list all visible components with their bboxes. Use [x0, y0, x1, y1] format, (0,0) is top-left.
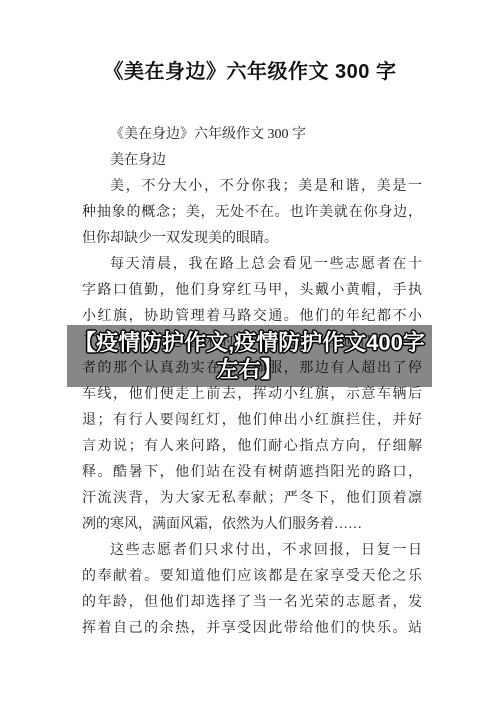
text-line: 退；有行人要闯红灯，他们伸出小红旗拦住，并好 [82, 408, 422, 434]
text-line: 这些志愿者们只求付出，不求回报，日复一日 [82, 538, 422, 564]
text-line: 美，不分大小，不分你我；美是和谐，美是一 [82, 174, 422, 200]
document-title: 《美在身边》六年级作文 300 字 [0, 55, 500, 84]
text-line: 的奉献着。要知道他们应该都是在家享受天伦之乐 [82, 564, 422, 590]
text-line: 但你却缺少一双发现美的眼睛。 [82, 226, 422, 252]
watermark-text-line1: 【疫情防护作文,疫情防护作文400字 [74, 329, 425, 356]
text-line: 《美在身边》六年级作文 300 字 [82, 122, 422, 148]
text-line: 每天清晨，我在路上总会看见一些志愿者在十 [82, 252, 422, 278]
text-line: 挥着自己的余热，并享受因此带给他们的快乐。站 [82, 616, 422, 642]
text-line: 汗流浃背，为大家无私奉献；严冬下，他们顶着凛 [82, 486, 422, 512]
text-line: 的年龄，但他们却选择了当一名光荣的志愿者，发 [82, 590, 422, 616]
watermark-banner: 【疫情防护作文,疫情防护作文400字 左右】 [67, 325, 432, 387]
text-line: 冽的寒风，满面风霜，依然为人们服务着…… [82, 512, 422, 538]
text-line: 美在身边 [82, 148, 422, 174]
text-line: 字路口值勤，他们身穿红马甲，头戴小黄帽，手执 [82, 278, 422, 304]
text-line: 言劝说；有人来问路，他们耐心指点方向，仔细解 [82, 434, 422, 460]
text-line: 种抽象的概念；美，无处不在。也许美就在你身边， [82, 200, 422, 226]
text-line: 释。酷暑下，他们站在没有树荫遮挡阳光的路口， [82, 460, 422, 486]
watermark-text-line2: 左右】 [216, 356, 282, 383]
document-page: 《美在身边》六年级作文 300 字 《美在身边》六年级作文 300 字美在身边美… [0, 0, 500, 707]
